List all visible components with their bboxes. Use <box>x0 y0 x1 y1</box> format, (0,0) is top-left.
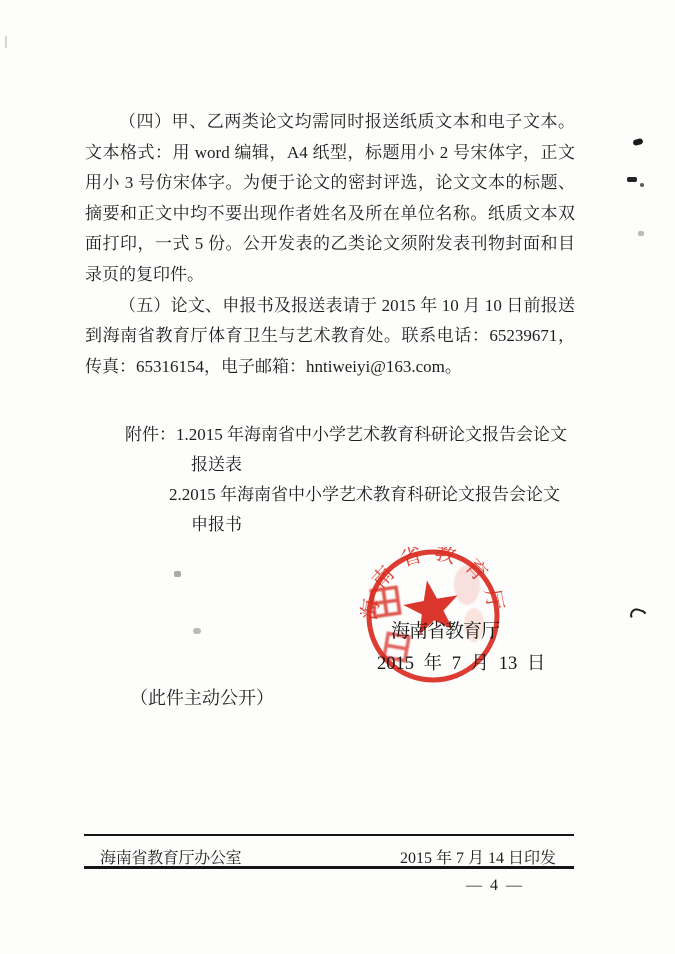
paragraph-5-line-1: （五）论文、申报书及报送表请于 2015 年 10 月 10 日前报送 <box>85 291 575 322</box>
paragraph-4-line-4: 摘要和正文中均不要出现作者姓名及所在单位名称。纸质文本双 <box>85 199 575 230</box>
scan-artifact <box>627 177 637 182</box>
body-text-block: （四）甲、乙两类论文均需同时报送纸质文本和电子文本。 文本格式：用 word 编… <box>85 107 575 382</box>
signature-agency: 海南省教育厅 <box>391 616 499 643</box>
scan-artifact <box>632 138 643 146</box>
scanned-document-page: （四）甲、乙两类论文均需同时报送纸质文本和电子文本。 文本格式：用 word 编… <box>0 0 675 954</box>
paragraph-5-line-3: 传真：65316154，电子邮箱：hntiweiyi@163.com。 <box>85 352 575 383</box>
attachment-item-2-line-2: 申报书 <box>85 510 605 540</box>
scan-artifact <box>638 231 644 236</box>
disclosure-note: （此件主动公开） <box>130 684 274 710</box>
scan-artifact <box>640 183 644 187</box>
paragraph-4-line-3: 用小 3 号仿宋体字。为便于论文的密封评选，论文文本的标题、 <box>85 168 575 199</box>
attachment-item-1-line-2: 报送表 <box>85 450 605 480</box>
attachments-block: 附件：1.2015 年海南省中小学艺术教育科研论文报告会论文 报送表 2.201… <box>85 420 605 540</box>
signature-date: 2015 年 7 月 13 日 <box>377 649 545 675</box>
attachment-item-2-line-1: 2.2015 年海南省中小学艺术教育科研论文报告会论文 <box>85 480 605 510</box>
paragraph-4-line-6: 录页的复印件。 <box>85 260 575 291</box>
scan-artifact <box>5 36 7 48</box>
footer-rule-bottom <box>84 866 574 869</box>
paragraph-4-line-1: （四）甲、乙两类论文均需同时报送纸质文本和电子文本。 <box>85 107 575 138</box>
page-number: — 4 — <box>466 877 524 895</box>
scan-artifact <box>193 628 201 634</box>
footer-print-date: 2015 年 7 月 14 日印发 <box>400 845 556 868</box>
footer-office-name: 海南省教育厅办公室 <box>100 845 241 868</box>
footer-rule-top <box>84 834 574 836</box>
paragraph-4-line-2: 文本格式：用 word 编辑，A4 纸型，标题用小 2 号宋体字，正文 <box>85 138 575 169</box>
scan-artifact <box>628 607 648 625</box>
paragraph-4-line-5: 面打印，一式 5 份。公开发表的乙类论文须附发表刊物封面和目 <box>85 229 575 260</box>
attachment-item-1-line-1: 附件：1.2015 年海南省中小学艺术教育科研论文报告会论文 <box>85 420 605 450</box>
paragraph-5-line-2: 到海南省教育厅体育卫生与艺术教育处。联系电话：65239671， <box>85 321 575 352</box>
scan-artifact <box>174 571 181 577</box>
